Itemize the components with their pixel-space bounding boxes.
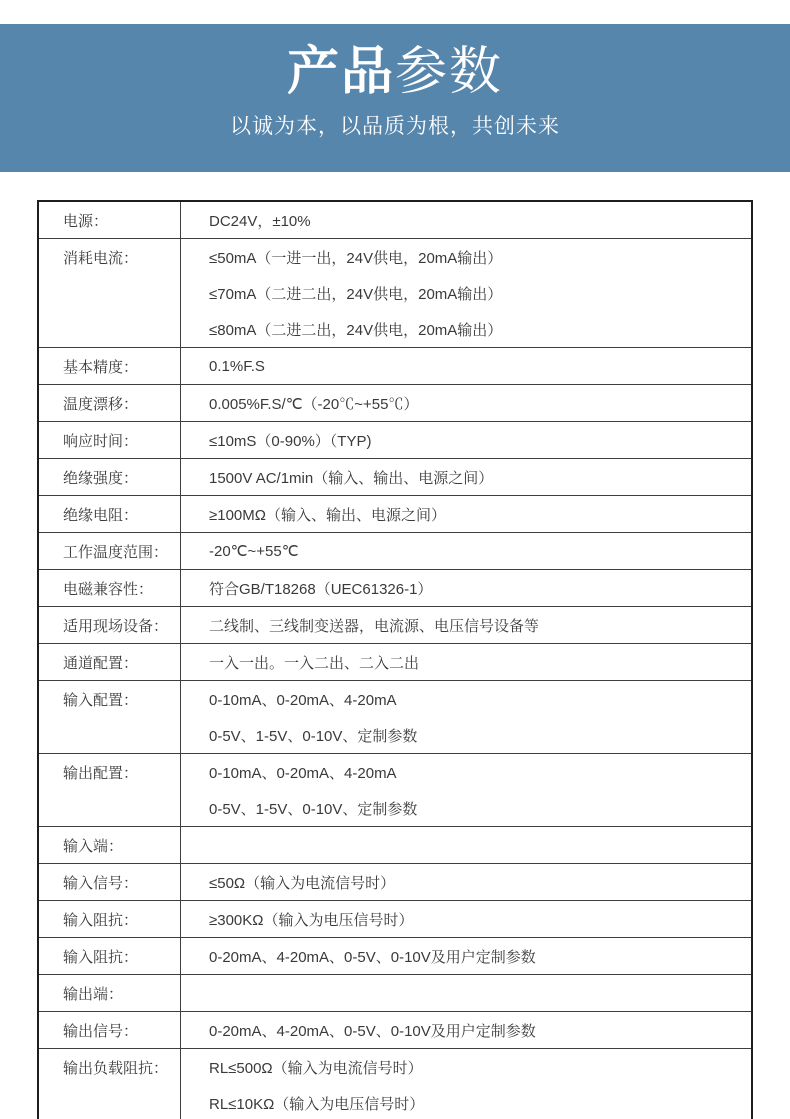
table-row: 工作温度范围：-20℃~+55℃ (39, 533, 751, 570)
spec-value-cell (181, 827, 751, 863)
spec-value-line: 0.1%F.S (209, 348, 751, 384)
spec-label: 输入阻抗： (63, 938, 180, 974)
table-row: 适用现场设备：二线制、三线制变送器，电流源、电压信号设备等 (39, 607, 751, 644)
table-row: 输入信号：≤50Ω（输入为电流信号时） (39, 864, 751, 901)
spec-value-cell: 0-20mA、4-20mA、0-5V、0-10V及用户定制参数 (181, 1012, 751, 1048)
spec-value-line: 0-5V、1-5V、0-10V、定制参数 (209, 790, 751, 826)
spec-label: 绝缘强度： (63, 459, 180, 495)
spec-label-cell: 电磁兼容性： (39, 570, 181, 606)
table-row: 通道配置：一入一出。一入二出、二入二出 (39, 644, 751, 681)
table-row: 绝缘电阻：≥100MΩ（输入、输出、电源之间） (39, 496, 751, 533)
spec-label: 温度漂移： (63, 385, 180, 421)
spec-label: 输出信号： (63, 1012, 180, 1048)
spec-value-cell: 一入一出。一入二出、二入二出 (181, 644, 751, 680)
spec-value-cell: 0-10mA、0-20mA、4-20mA0-5V、1-5V、0-10V、定制参数 (181, 754, 751, 826)
spec-label-cell: 输出配置： (39, 754, 181, 826)
spec-value-line (209, 975, 751, 1011)
spec-label-cell: 绝缘强度： (39, 459, 181, 495)
spec-label: 输出配置： (63, 754, 180, 790)
spec-label: 输出负载阻抗： (63, 1049, 180, 1085)
spec-label-cell: 输出端： (39, 975, 181, 1011)
page-subtitle: 以诚为本，以品质为根，共创未来 (230, 110, 560, 140)
spec-value-line: ≤10mS（0-90%）（TYP) (209, 422, 751, 458)
spec-value-line: 1500V AC/1min（输入、输出、电源之间） (209, 459, 751, 495)
page-title-bold: 产品 (287, 43, 395, 101)
table-row: 输入端： (39, 827, 751, 864)
spec-label-cell: 基本精度： (39, 348, 181, 384)
spec-value-line: 二线制、三线制变送器，电流源、电压信号设备等 (209, 607, 751, 643)
header-banner: 产品参数 以诚为本，以品质为根，共创未来 (0, 24, 790, 172)
table-row: 基本精度：0.1%F.S (39, 348, 751, 385)
spec-label: 输入端： (63, 827, 180, 863)
spec-table: 电源：DC24V，±10%消耗电流：≤50mA（一进一出，24V供电，20mA输… (37, 200, 753, 1119)
spec-label-cell: 绝缘电阻： (39, 496, 181, 532)
spec-value-line: RL≤500Ω（输入为电流信号时） (209, 1049, 751, 1085)
spec-value-line: ≤80mA（二进二出，24V供电，20mA输出） (209, 311, 751, 347)
spec-label-cell: 输入阻抗： (39, 901, 181, 937)
table-row: 输出负载阻抗：RL≤500Ω（输入为电流信号时）RL≤10KΩ（输入为电压信号时… (39, 1049, 751, 1119)
spec-value-cell: ≤50Ω（输入为电流信号时） (181, 864, 751, 900)
spec-value-line: ≤50Ω（输入为电流信号时） (209, 864, 751, 900)
spec-label: 消耗电流： (63, 239, 180, 275)
spec-value-line: ≤70mA（二进二出，24V供电，20mA输出） (209, 275, 751, 311)
spec-value-line: 0-10mA、0-20mA、4-20mA (209, 681, 751, 717)
spec-value-line: 0-20mA、4-20mA、0-5V、0-10V及用户定制参数 (209, 1012, 751, 1048)
table-row: 输入阻抗：≥300KΩ（输入为电压信号时） (39, 901, 751, 938)
spec-label-cell: 适用现场设备： (39, 607, 181, 643)
spec-label-cell: 响应时间： (39, 422, 181, 458)
spec-value-line: ≥100MΩ（输入、输出、电源之间） (209, 496, 751, 532)
table-row: 响应时间：≤10mS（0-90%）（TYP) (39, 422, 751, 459)
spec-value-cell: 二线制、三线制变送器，电流源、电压信号设备等 (181, 607, 751, 643)
spec-value-cell: 0-20mA、4-20mA、0-5V、0-10V及用户定制参数 (181, 938, 751, 974)
spec-label: 工作温度范围： (63, 533, 180, 569)
spec-label: 响应时间： (63, 422, 180, 458)
product-parameter-page: 产品参数 以诚为本，以品质为根，共创未来 电源：DC24V，±10%消耗电流：≤… (0, 0, 790, 1119)
spec-label: 绝缘电阻： (63, 496, 180, 532)
spec-value-cell: DC24V，±10% (181, 202, 751, 238)
table-row: 消耗电流：≤50mA（一进一出，24V供电，20mA输出）≤70mA（二进二出，… (39, 239, 751, 348)
table-row: 绝缘强度：1500V AC/1min（输入、输出、电源之间） (39, 459, 751, 496)
table-row: 输出信号：0-20mA、4-20mA、0-5V、0-10V及用户定制参数 (39, 1012, 751, 1049)
table-row: 电源：DC24V，±10% (39, 202, 751, 239)
spec-label: 输入阻抗： (63, 901, 180, 937)
spec-label-cell: 电源： (39, 202, 181, 238)
spec-label: 适用现场设备： (63, 607, 180, 643)
spec-value-cell (181, 975, 751, 1011)
spec-label-cell: 输入配置： (39, 681, 181, 753)
spec-value-line: 0-5V、1-5V、0-10V、定制参数 (209, 717, 751, 753)
spec-value-cell: ≤10mS（0-90%）（TYP) (181, 422, 751, 458)
spec-label: 输出端： (63, 975, 180, 1011)
spec-value-line: ≤50mA（一进一出，24V供电，20mA输出） (209, 239, 751, 275)
spec-value-cell: ≥100MΩ（输入、输出、电源之间） (181, 496, 751, 532)
spec-value-line: 0.005%F.S/℃（-20℃~+55℃） (209, 385, 751, 421)
page-title-light: 参数 (395, 43, 503, 101)
spec-label: 通道配置： (63, 644, 180, 680)
table-row: 温度漂移：0.005%F.S/℃（-20℃~+55℃） (39, 385, 751, 422)
spec-label: 输入配置： (63, 681, 180, 717)
spec-value-cell: -20℃~+55℃ (181, 533, 751, 569)
spec-value-cell: 0.1%F.S (181, 348, 751, 384)
spec-value-cell: 1500V AC/1min（输入、输出、电源之间） (181, 459, 751, 495)
spec-label-cell: 通道配置： (39, 644, 181, 680)
spec-value-cell: 0.005%F.S/℃（-20℃~+55℃） (181, 385, 751, 421)
spec-value-cell: ≤50mA（一进一出，24V供电，20mA输出）≤70mA（二进二出，24V供电… (181, 239, 751, 347)
spec-value-cell: RL≤500Ω（输入为电流信号时）RL≤10KΩ（输入为电压信号时） (181, 1049, 751, 1119)
table-row: 电磁兼容性：符合GB/T18268（UEC61326-1） (39, 570, 751, 607)
spec-label: 输入信号： (63, 864, 180, 900)
spec-value-line: DC24V，±10% (209, 202, 751, 238)
table-row: 输出端： (39, 975, 751, 1012)
spec-label: 电源： (63, 202, 180, 238)
table-row: 输出配置：0-10mA、0-20mA、4-20mA0-5V、1-5V、0-10V… (39, 754, 751, 827)
spec-label: 电磁兼容性： (63, 570, 180, 606)
spec-label-cell: 输入信号： (39, 864, 181, 900)
spec-value-cell: 符合GB/T18268（UEC61326-1） (181, 570, 751, 606)
spec-value-line: 0-10mA、0-20mA、4-20mA (209, 754, 751, 790)
spec-value-line: 符合GB/T18268（UEC61326-1） (209, 570, 751, 606)
spec-value-cell: 0-10mA、0-20mA、4-20mA0-5V、1-5V、0-10V、定制参数 (181, 681, 751, 753)
spec-label-cell: 输出负载阻抗： (39, 1049, 181, 1119)
spec-value-line: RL≤10KΩ（输入为电压信号时） (209, 1085, 751, 1119)
spec-value-line: -20℃~+55℃ (209, 533, 751, 569)
spec-value-cell: ≥300KΩ（输入为电压信号时） (181, 901, 751, 937)
table-row: 输入配置：0-10mA、0-20mA、4-20mA0-5V、1-5V、0-10V… (39, 681, 751, 754)
page-title: 产品参数 (287, 46, 503, 98)
spec-label-cell: 输入阻抗： (39, 938, 181, 974)
spec-value-line: ≥300KΩ（输入为电压信号时） (209, 901, 751, 937)
spec-label: 基本精度： (63, 348, 180, 384)
spec-value-line: 一入一出。一入二出、二入二出 (209, 644, 751, 680)
spec-value-line (209, 827, 751, 863)
spec-label-cell: 输入端： (39, 827, 181, 863)
table-row: 输入阻抗：0-20mA、4-20mA、0-5V、0-10V及用户定制参数 (39, 938, 751, 975)
spec-label-cell: 工作温度范围： (39, 533, 181, 569)
spec-label-cell: 消耗电流： (39, 239, 181, 347)
spec-value-line: 0-20mA、4-20mA、0-5V、0-10V及用户定制参数 (209, 938, 751, 974)
spec-label-cell: 输出信号： (39, 1012, 181, 1048)
spec-label-cell: 温度漂移： (39, 385, 181, 421)
